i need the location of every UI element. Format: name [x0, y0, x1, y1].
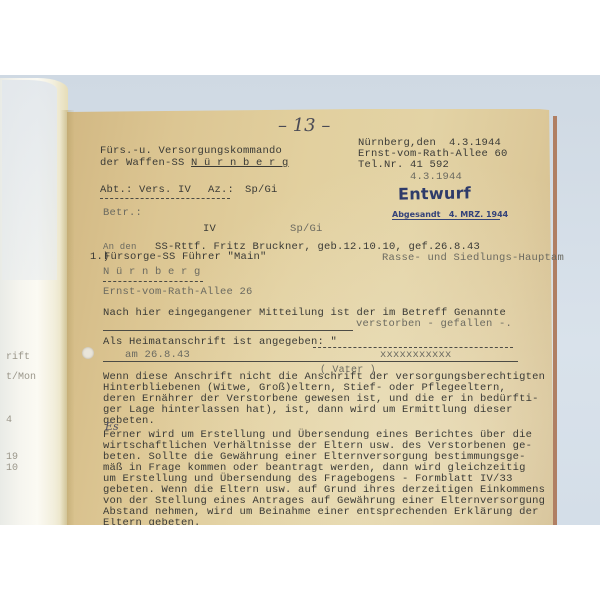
draft-stamp: Entwurf [398, 183, 471, 203]
body-para-3-line-4: ger Lage hinterlassen hat), ist, dann wi… [103, 405, 513, 416]
left-page-fragment: 19 [6, 452, 18, 463]
page-number: – 13 – [278, 115, 330, 136]
page-stack-edge [553, 116, 557, 525]
top-margin [0, 0, 600, 75]
recipient-street: Ernst-vom-Rath-Allee 26 [103, 287, 253, 298]
sender-city: N ü r n b e r g [191, 157, 289, 169]
punch-hole [82, 347, 94, 359]
department-ref: Abt.: Vers. IV [100, 185, 191, 196]
subject-ref: Sp/Gi [290, 224, 323, 235]
left-page-fragment: 4 [6, 415, 12, 426]
file-ref-value: Sp/Gi [245, 185, 278, 196]
rule [103, 330, 353, 331]
body-para-4-line-8: Abstand nehmen, wird um Beinahme einer e… [103, 507, 539, 518]
binding-shadow [60, 110, 74, 525]
bottom-margin [0, 525, 600, 600]
left-page-fragment: rift [6, 352, 30, 363]
body-para-2-line-1: Als Heimatanschrift ist angegeben: " [103, 337, 337, 348]
subject-label: Betr.: [103, 208, 142, 219]
sender-phone: Tel.Nr. 41 592 [358, 160, 449, 171]
sender-org: der Waffen-SS [100, 157, 185, 169]
left-page-curl [2, 80, 57, 280]
rule [313, 347, 513, 348]
sender-line-1: Fürs.-u. Versorgungskommando [100, 146, 282, 157]
file-ref-label: Az.: [208, 185, 234, 196]
dashed-underline [100, 198, 230, 199]
rule [103, 361, 518, 362]
body-para-1-line-2: verstorben - gefallen -. [356, 319, 512, 330]
left-page-fragment: t/Mon [6, 372, 36, 383]
sent-date-stamp: Abgesandt 4. MRZ. 1944 [392, 210, 500, 220]
recipient-city: N ü r n b e r g [103, 267, 201, 278]
dashed-underline [103, 281, 203, 282]
page-number-value: 13 [293, 115, 316, 136]
date-repeat: 4.3.1944 [410, 172, 462, 183]
recipient: Fürsorge-SS Führer "Main" [104, 252, 267, 263]
body-para-2-date: am 26.8.43 [125, 350, 190, 361]
left-page-fragment: 10 [6, 463, 18, 474]
body-para-2-xout: xxxxxxxxxxx [380, 350, 452, 361]
copy-recipient: Rasse- und Siedlungs-Hauptam [382, 253, 564, 264]
sender-line-2: der Waffen-SS N ü r n b e r g [100, 158, 289, 169]
subject-dept: IV [203, 224, 216, 235]
